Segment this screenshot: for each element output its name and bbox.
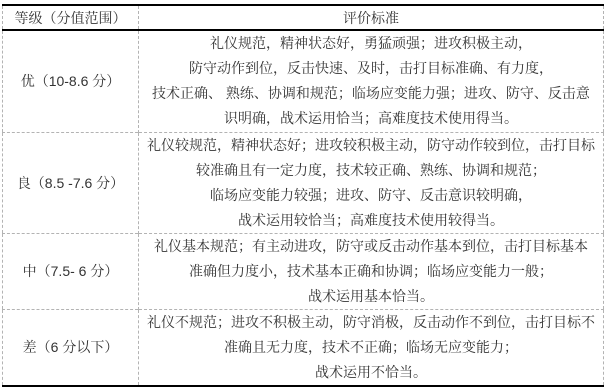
criteria-line: 准确且无力度，技术不正确；临场无应变能力； [139, 335, 603, 360]
grade-range-header: 等级（分值范围） [3, 5, 139, 30]
criteria-cell-excellent: 礼仪规范，精神状态好，勇猛顽强；进攻积极主动， 防守动作到位，反击快速、及时，击… [139, 30, 604, 132]
evaluation-criteria-table: 等级（分值范围） 评价标准 优（10-8.6 分） 礼仪规范，精神状态好，勇猛顽… [2, 4, 604, 387]
header-row: 等级（分值范围） 评价标准 [3, 5, 604, 30]
criteria-line: 战术运用较恰当；高难度技术使用较得当。 [139, 208, 603, 233]
grade-cell-good: 良（8.5 -7.6 分） [3, 132, 139, 233]
criteria-line: 临场应变能力较强；进攻、防守、反击意识较明确， [139, 183, 603, 208]
criteria-header: 评价标准 [139, 5, 604, 30]
criteria-line: 礼仪较规范，精神状态好；进攻较积极主动，防守动作较到位，击打目标 [139, 133, 603, 158]
document-page: 等级（分值范围） 评价标准 优（10-8.6 分） 礼仪规范，精神状态好，勇猛顽… [0, 0, 605, 387]
table-row-poor: 差（6 分以下） 礼仪不规范；进攻不积极主动，防守消极，反击动作不到位，击打目标… [3, 309, 604, 386]
criteria-line: 礼仪不规范；进攻不积极主动，防守消极，反击动作不到位，击打目标不 [139, 310, 603, 335]
table-row-excellent: 优（10-8.6 分） 礼仪规范，精神状态好，勇猛顽强；进攻积极主动， 防守动作… [3, 30, 604, 132]
criteria-line: 较准确且有一定力度，技术较正确、熟练、协调和规范； [139, 158, 603, 183]
criteria-cell-good: 礼仪较规范，精神状态好；进攻较积极主动，防守动作较到位，击打目标 较准确且有一定… [139, 132, 604, 233]
criteria-line: 礼仪规范，精神状态好，勇猛顽强；进攻积极主动， [139, 31, 603, 56]
criteria-cell-medium: 礼仪基本规范；有主动进攻，防守或反击动作基本到位，击打目标基本 准确但力度小，技… [139, 233, 604, 309]
grade-cell-poor: 差（6 分以下） [3, 309, 139, 386]
table-row-good: 良（8.5 -7.6 分） 礼仪较规范，精神状态好；进攻较积极主动，防守动作较到… [3, 132, 604, 233]
criteria-line: 识明确，战术运用恰当；高难度技术使用得当。 [139, 106, 603, 131]
criteria-cell-poor: 礼仪不规范；进攻不积极主动，防守消极，反击动作不到位，击打目标不 准确且无力度，… [139, 309, 604, 386]
grade-cell-excellent: 优（10-8.6 分） [3, 30, 139, 132]
criteria-line: 防守动作到位，反击快速、及时，击打目标准确、有力度， [139, 56, 603, 81]
criteria-line: 战术运用不恰当。 [139, 360, 603, 385]
criteria-line: 技术正确、 熟练、协调和规范；临场应变能力强；进攻、防守、反击意 [139, 81, 603, 106]
criteria-line: 准确但力度小，技术基本正确和协调；临场应变能力一般； [139, 259, 603, 284]
criteria-line: 礼仪基本规范；有主动进攻，防守或反击动作基本到位，击打目标基本 [139, 234, 603, 259]
grade-cell-medium: 中（7.5- 6 分） [3, 233, 139, 309]
criteria-line: 战术运用基本恰当。 [139, 284, 603, 309]
table-row-medium: 中（7.5- 6 分） 礼仪基本规范；有主动进攻，防守或反击动作基本到位，击打目… [3, 233, 604, 309]
